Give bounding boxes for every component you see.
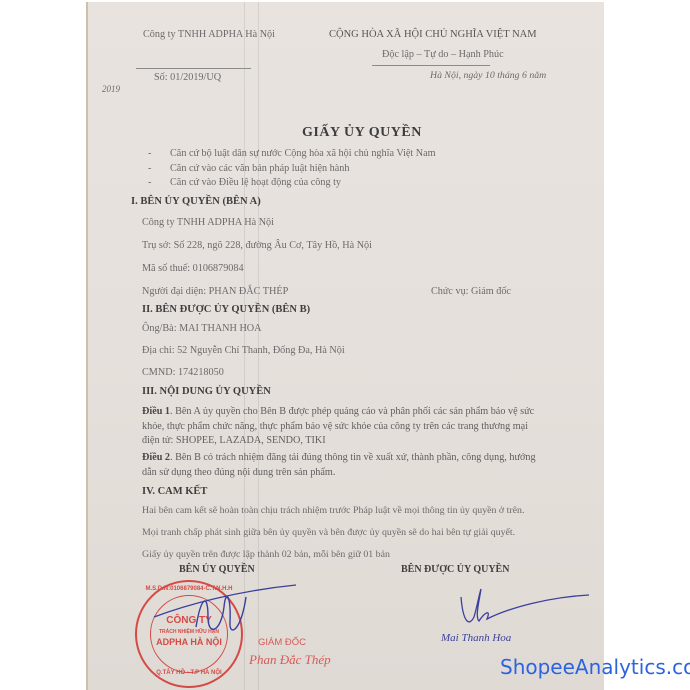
document-title: GIẤY ỦY QUYỀN — [302, 125, 422, 141]
signature-left-label: BÊN ỦY QUYỀN — [179, 564, 255, 575]
party-b-address: Địa chỉ: 52 Nguyễn Chí Thanh, Đống Đa, H… — [142, 345, 345, 356]
commitment-heading: IV. CAM KẾT — [142, 486, 207, 497]
content-heading: III. NỘI DUNG ỦY QUYỀN — [142, 386, 271, 397]
header-divider-right — [372, 65, 490, 66]
document-number: Số: 01/2019/UQ — [154, 72, 221, 83]
nation-motto: Độc lập – Tự do – Hạnh Phúc — [382, 49, 504, 60]
director-name: Phan Đắc Thép — [249, 652, 331, 668]
signature-right-label: BÊN ĐƯỢC ỦY QUYỀN — [401, 564, 509, 575]
party-a-position: Chức vụ: Giám đốc — [431, 286, 511, 297]
document-year: 2019 — [102, 84, 120, 94]
party-b-heading: II. BÊN ĐƯỢC ỦY QUYỀN (BÊN B) — [142, 304, 310, 315]
article-1: Điều 1. Bên A ủy quyền cho Bên B được ph… — [142, 405, 542, 449]
commitment-line: Mọi tranh chấp phát sinh giữa bên ủy quy… — [142, 527, 515, 538]
recipient-name: Mai Thanh Hoa — [441, 632, 511, 644]
basis-item: -Căn cứ vào Điều lệ hoạt động của công t… — [148, 177, 341, 188]
basis-item: -Căn cứ bộ luật dân sự nước Cộng hòa xã … — [148, 148, 436, 159]
party-a-tax-code: Mã số thuế: 0106879084 — [142, 263, 244, 274]
document-paper: Công ty TNHH ADPHA Hà Nội Số: 01/2019/UQ… — [86, 2, 604, 690]
commitment-line: Hai bên cam kết sẽ hoàn toàn chịu trách … — [142, 505, 524, 516]
watermark-text: ShopeeAnalytics.com — [500, 655, 690, 679]
header-company: Công ty TNHH ADPHA Hà Nội — [143, 29, 275, 40]
commitment-line: Giấy ủy quyền trên được lập thành 02 bản… — [142, 549, 390, 560]
party-a-name: Công ty TNHH ADPHA Hà Nội — [142, 217, 274, 228]
director-title: GIÁM ĐỐC — [258, 637, 306, 648]
party-a-heading: I. BÊN ỦY QUYỀN (BÊN A) — [131, 196, 261, 207]
basis-item: -Căn cứ vào các văn bản pháp luật hiện h… — [148, 163, 350, 174]
recipient-signature-icon — [441, 587, 591, 632]
party-a-representative: Người đại diện: PHAN ĐẮC THÉP — [142, 286, 288, 297]
article-2: Điều 2. Bên B có trách nhiệm đăng tải đú… — [142, 451, 542, 480]
party-a-address: Trụ sở: Số 228, ngõ 228, đường Âu Cơ, Tâ… — [142, 240, 372, 251]
nation-title: CỘNG HÒA XÃ HỘI CHỦ NGHĨA VIỆT NAM — [329, 29, 537, 40]
seal-bottom-text: Q.TÂY HỒ - T.P HÀ NỘI — [137, 670, 241, 676]
header-divider-left — [136, 68, 251, 69]
party-b-id: CMND: 174218050 — [142, 367, 224, 378]
document-date: Hà Nội, ngày 10 tháng 6 năm — [430, 70, 546, 81]
party-b-name: Ông/Bà: MAI THANH HOA — [142, 323, 262, 334]
